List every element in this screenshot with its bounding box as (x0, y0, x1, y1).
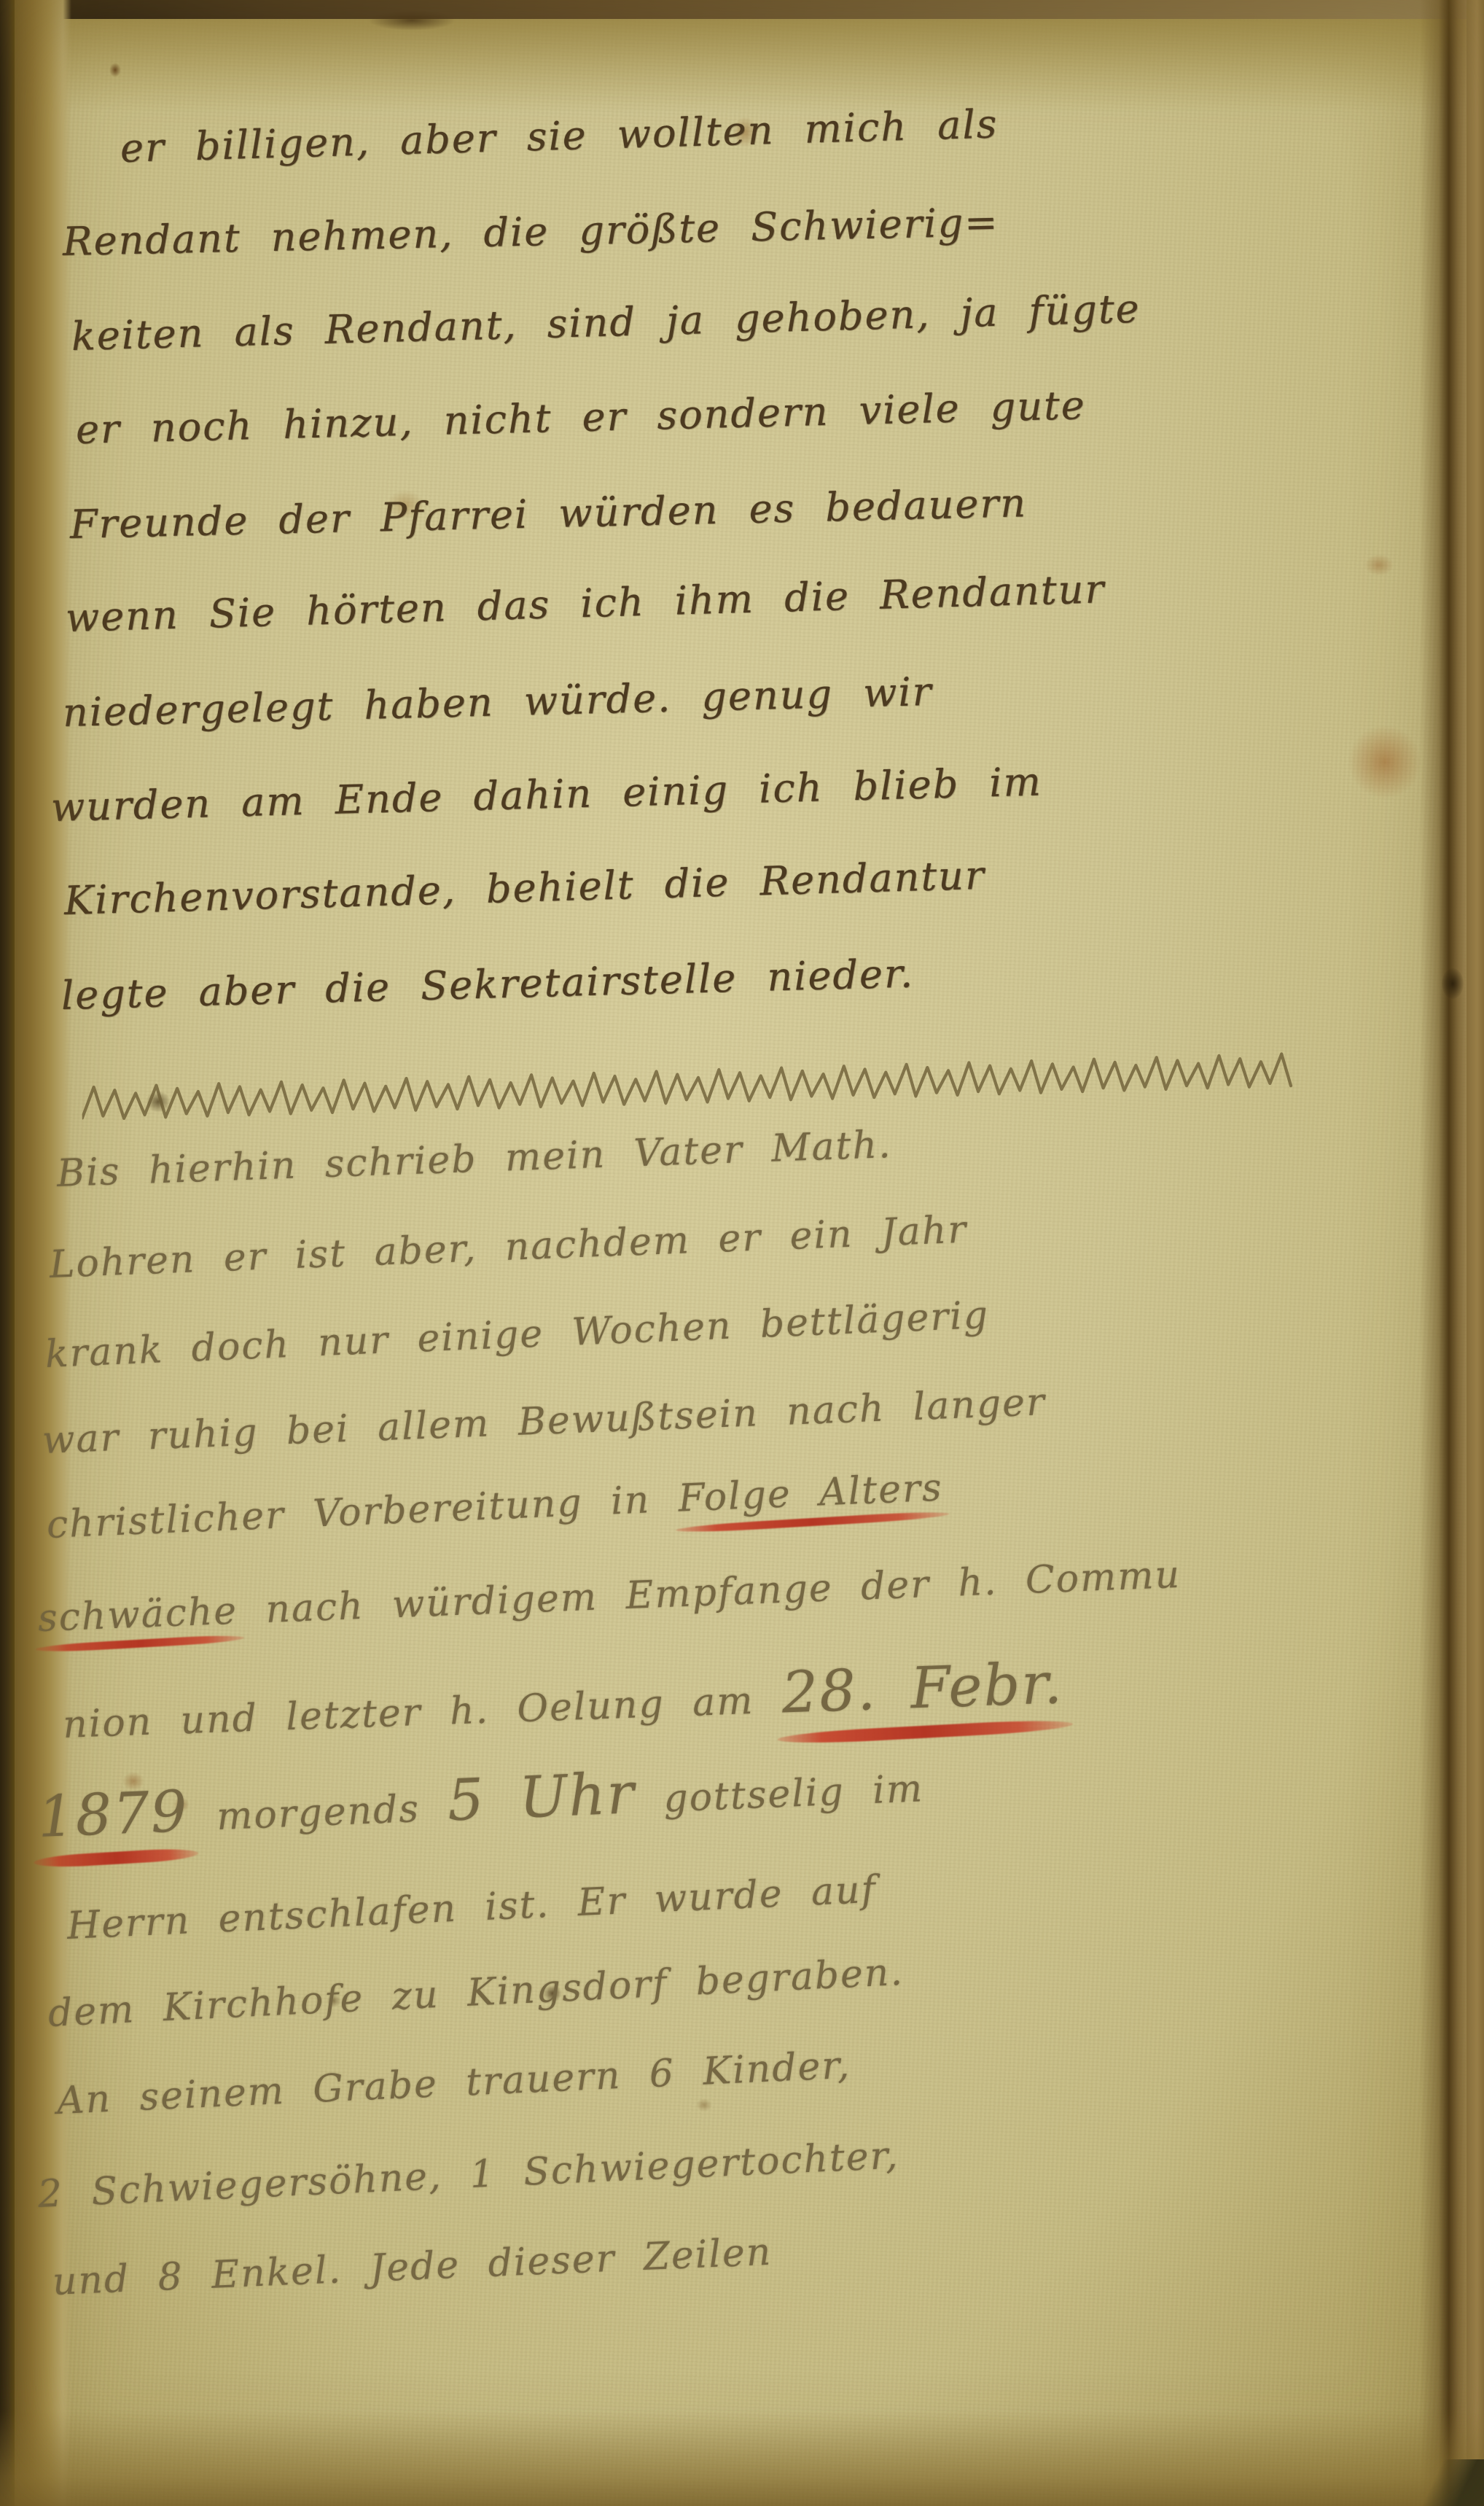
manuscript-line: schwäche nach würdigem Empfange der h. C… (37, 1553, 1182, 1641)
handwritten-text: Bis hierhin schrieb mein Vater Math. (56, 1123, 892, 1196)
section-divider-flourish (81, 1049, 1306, 1127)
manuscript-line: niedergelegt haben würde. genug wir (62, 669, 933, 736)
handwritten-text: Rendant nehmen, die größte Schwierig= (62, 199, 999, 265)
manuscript-line: Lohren er ist aber, nachdem er ein Jahr (49, 1208, 968, 1287)
handwritten-text: niedergelegt haben würde. genug wir (62, 669, 933, 736)
manuscript-line: wurden am Ende dahin einig ich blieb im (50, 758, 1042, 830)
red-underlined-text: Folge Alters (677, 1466, 943, 1520)
manuscript-line: war ruhig bei allem Bewußtsein nach lang… (42, 1380, 1047, 1463)
handwritten-text: Kirchenvorstande, behielt die Rendantur (63, 852, 985, 924)
manuscript-line: An seinem Grabe trauern 6 Kinder, (56, 2044, 852, 2123)
book-binding-left (0, 0, 15, 2506)
manuscript-line: 2 Schwiegersöhne, 1 Schwiegertochter, (37, 2133, 900, 2217)
manuscript-line: und 8 Enkel. Jede dieser Zeilen (52, 2230, 773, 2304)
handwritten-text: legte aber die Sekretairstelle nieder. (60, 950, 915, 1019)
manuscript-line: er noch hinzu, nicht er sondern viele gu… (75, 382, 1086, 453)
handwritten-text: keiten als Rendant, sind ja gehoben, ja … (71, 286, 1141, 359)
handwritten-text: 2 Schwiegersöhne, 1 Schwiegertochter, (37, 2133, 900, 2217)
handwritten-text: und 8 Enkel. Jede dieser Zeilen (52, 2230, 773, 2304)
handwritten-text: nach würdigem Empfange der h. Commu (237, 1553, 1182, 1633)
handwritten-text: gottselig im (635, 1767, 924, 1822)
manuscript-line: wenn Sie hörten das ich ihm die Rendantu… (65, 566, 1106, 641)
bottom-edge-shadow (0, 2411, 1484, 2506)
page-edge-right (1467, 0, 1484, 2506)
handwritten-text: wurden am Ende dahin einig ich blieb im (50, 758, 1042, 830)
handwritten-text: morgends (188, 1786, 449, 1840)
manuscript-line: Freunde der Pfarrei würden es bedauern (69, 480, 1027, 548)
stain (1364, 554, 1394, 576)
handwritten-text: nion und letzter h. Oelung am (62, 1678, 783, 1747)
book-binding-top (0, 0, 1484, 19)
stain (1345, 722, 1425, 802)
manuscript-line: 1879 morgends 5 Uhr gottselig im (36, 1749, 924, 1851)
handwritten-text: dem Kirchhofe zu Kingsdorf begraben. (47, 1950, 905, 2036)
manuscript-line: Herrn entschlafen ist. Er wurde auf (66, 1868, 878, 1948)
photo-corner-dark (1367, 2459, 1484, 2506)
handwritten-text: An seinem Grabe trauern 6 Kinder, (56, 2044, 852, 2123)
red-underlined-text: 28. Febr. (781, 1651, 1064, 1726)
handwritten-text: christlicher Vorbereitung in (46, 1477, 679, 1547)
manuscript-line: christlicher Vorbereitung in Folge Alter… (46, 1466, 944, 1546)
handwritten-text: Freunde der Pfarrei würden es bedauern (69, 480, 1027, 548)
handwritten-text: Herrn entschlafen ist. Er wurde auf (66, 1868, 878, 1948)
red-underlined-text: schwäche (37, 1589, 238, 1640)
manuscript-line: keiten als Rendant, sind ja gehoben, ja … (71, 286, 1141, 359)
page-crease-right (1420, 0, 1467, 2506)
manuscript-line: dem Kirchhofe zu Kingsdorf begraben. (47, 1950, 905, 2036)
handwritten-text: er noch hinzu, nicht er sondern viele gu… (75, 382, 1086, 453)
handwritten-text: krank doch nur einige Wochen bettlägerig (44, 1293, 990, 1377)
handwritten-text: 5 Uhr (446, 1761, 636, 1834)
handwritten-text: wenn Sie hörten das ich ihm die Rendantu… (65, 566, 1106, 641)
manuscript-line: Bis hierhin schrieb mein Vater Math. (56, 1123, 892, 1196)
manuscript-line: legte aber die Sekretairstelle nieder. (60, 950, 915, 1019)
manuscript-line: Rendant nehmen, die größte Schwierig= (62, 199, 999, 265)
handwritten-text: Lohren er ist aber, nachdem er ein Jahr (49, 1208, 968, 1287)
manuscript-line: nion und letzter h. Oelung am 28. Febr. (61, 1651, 1064, 1751)
manuscript-photo: er billigen, aber sie wollten mich alsRe… (0, 0, 1484, 2506)
handwritten-text: war ruhig bei allem Bewußtsein nach lang… (42, 1380, 1047, 1463)
red-underlined-text: 1879 (36, 1779, 190, 1851)
stain (696, 2098, 712, 2112)
manuscript-line: krank doch nur einige Wochen bettlägerig (44, 1293, 990, 1377)
manuscript-line: Kirchenvorstande, behielt die Rendantur (63, 852, 985, 924)
